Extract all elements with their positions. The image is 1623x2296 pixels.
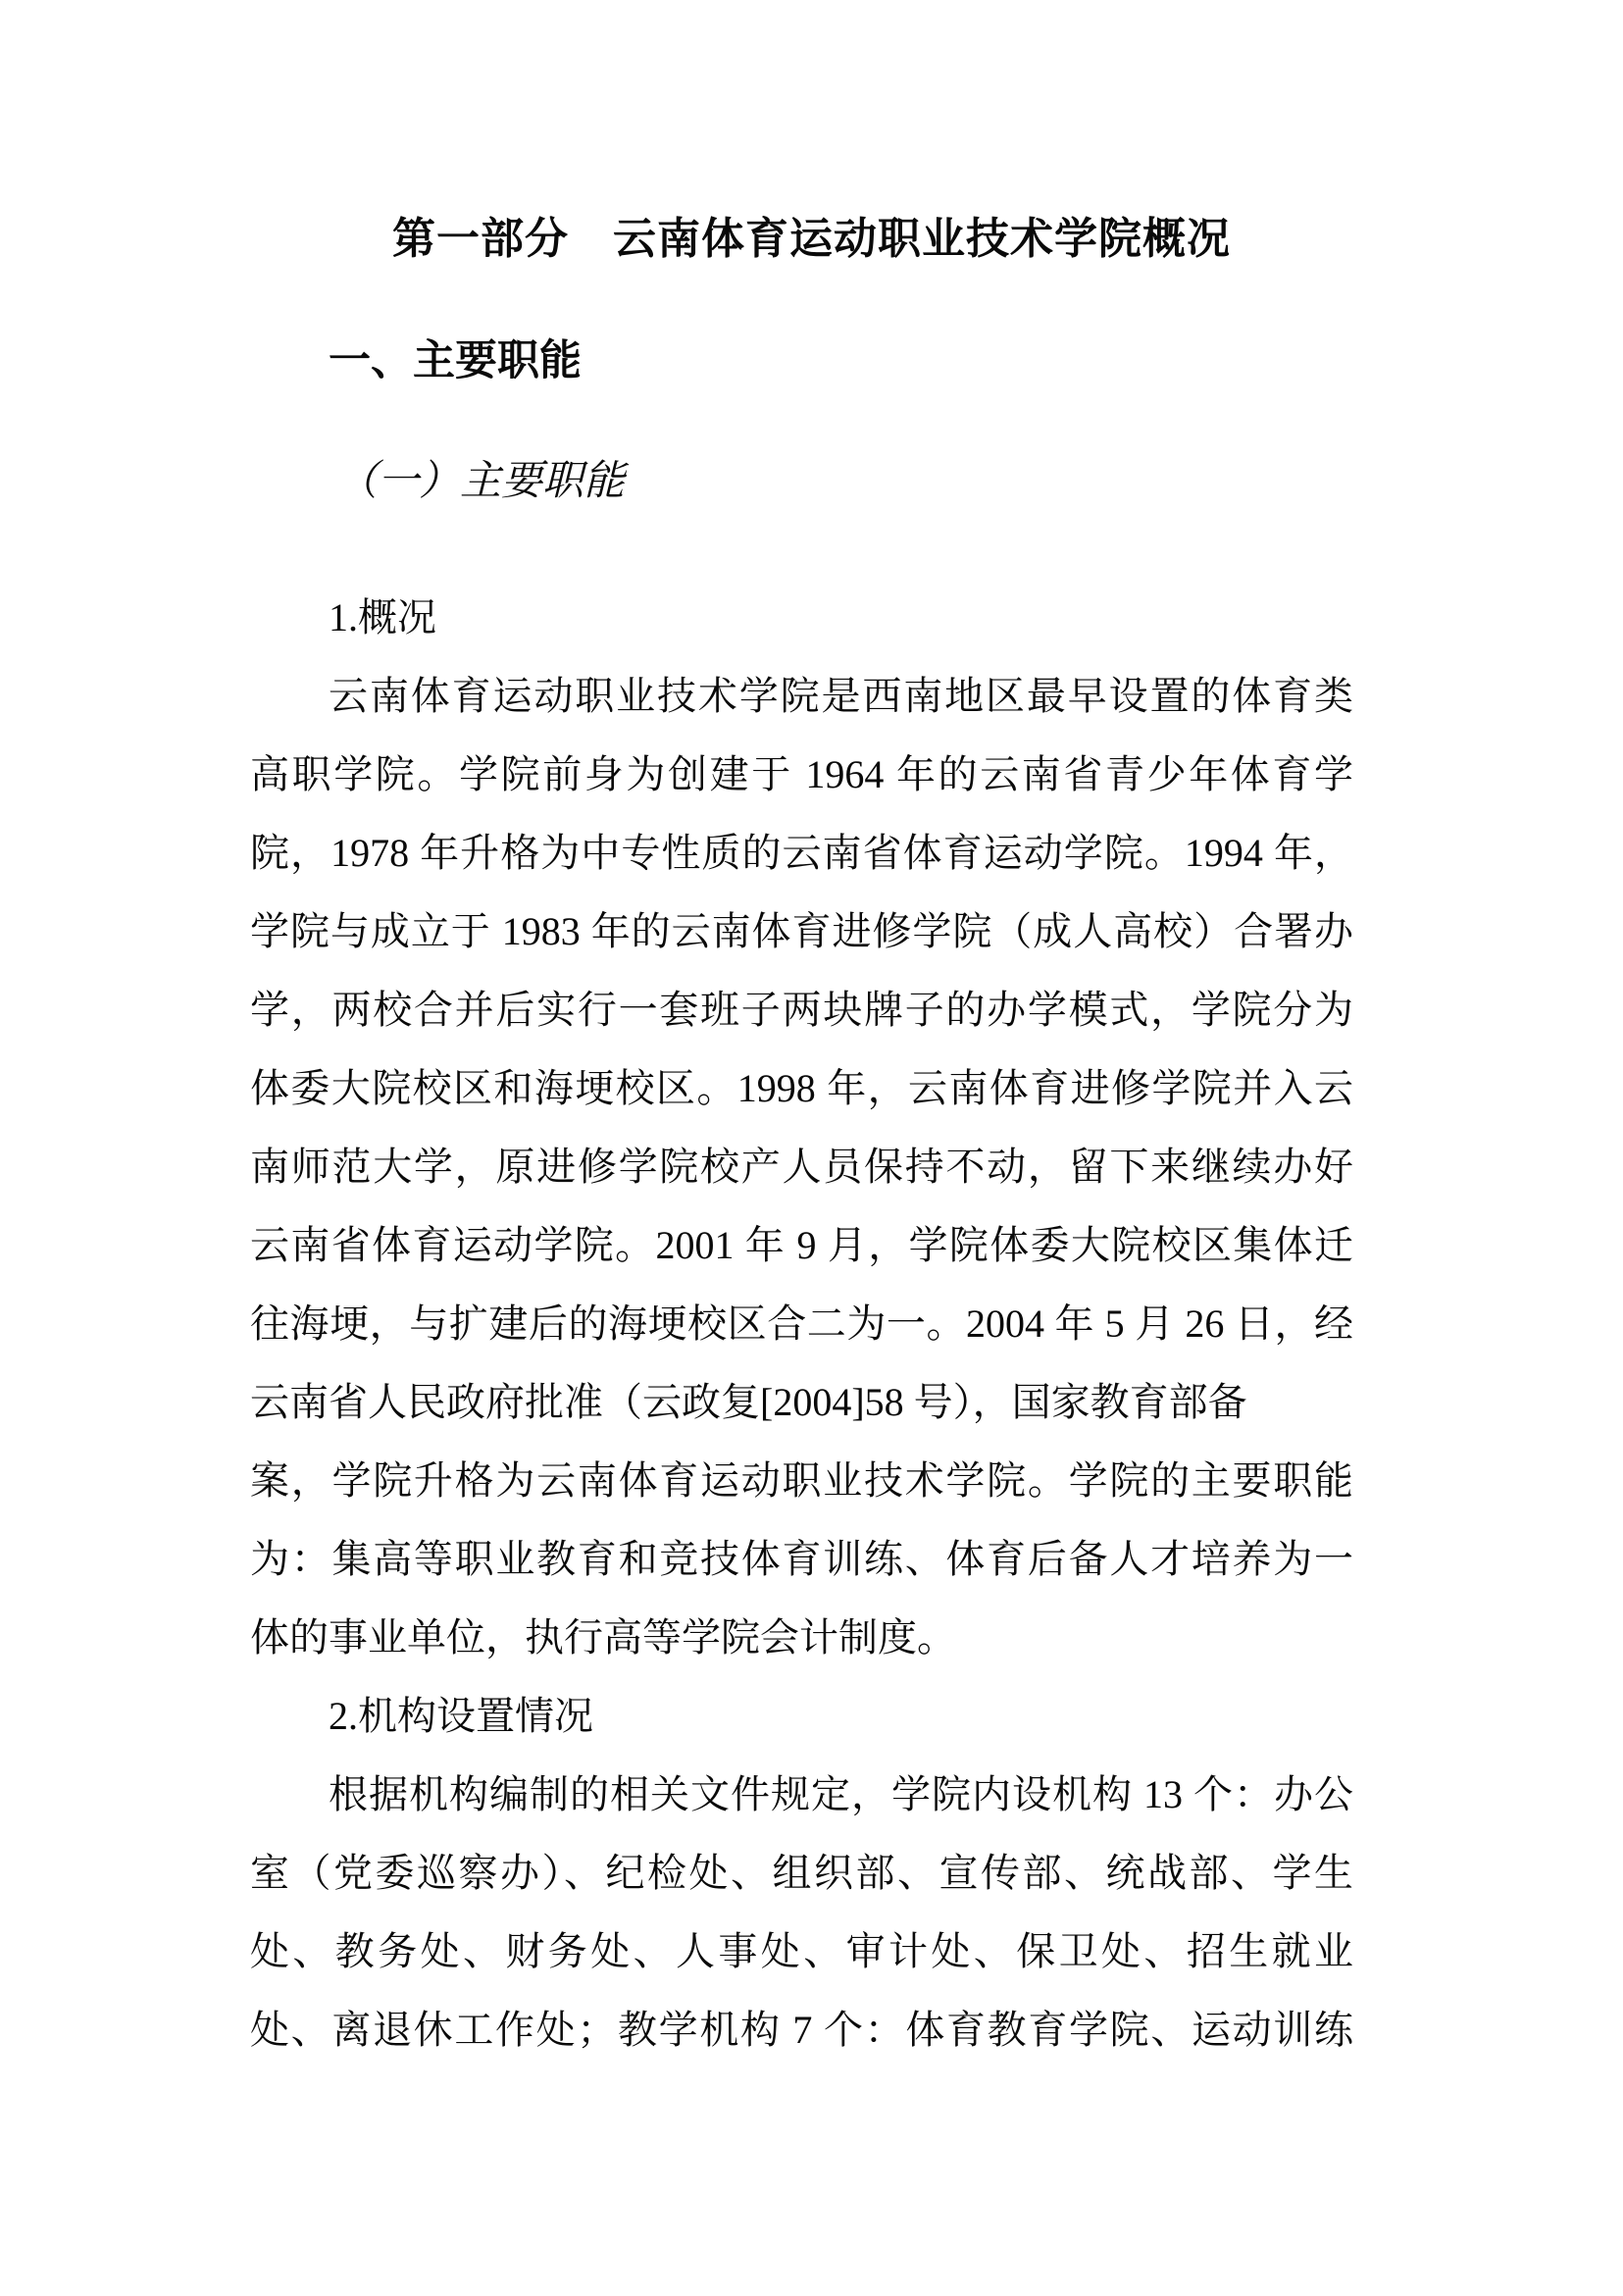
document-page: 第一部分 云南体育运动职业技术学院概况 一、主要职能 （一）主要职能 1.概况 … [0,0,1623,2296]
body-line: 为：集高等职业教育和竞技体育训练、体育后备人才培养为一 [250,1520,1353,1599]
body-line: 根据机构编制的相关文件规定，学院内设机构 13 个：办公 [250,1756,1353,1834]
body-line: 高职学院。学院前身为创建于 1964 年的云南省青少年体育学 [250,736,1353,814]
body-line: 云南体育运动职业技术学院是西南地区最早设置的体育类 [250,657,1353,736]
body-line: 云南省体育运动学院。2001 年 9 月，学院体委大院校区集体迁 [250,1206,1353,1285]
body-line-overview-label: 1.概况 [250,579,1353,657]
subsection-heading: （一）主要职能 [250,461,1353,502]
body-line: 南师范大学，原进修学院校产人员保持不动，留下来继续办好 [250,1128,1353,1206]
body-line: 云南省人民政府批准（云政复[2004]58 号），国家教育部备 [250,1363,1353,1442]
body-line: 体的事业单位，执行高等学院会计制度。 [250,1599,1353,1677]
section-heading: 一、主要职能 [250,340,1353,383]
body-line: 处、教务处、财务处、人事处、审计处、保卫处、招生就业 [250,1913,1353,1991]
body-line: 处、离退休工作处；教学机构 7 个：体育教育学院、运动训练 [250,1991,1353,2069]
body-line: 学，两校合并后实行一套班子两块牌子的办学模式，学院分为 [250,971,1353,1049]
body-line: 往海埂，与扩建后的海埂校区合二为一。2004 年 5 月 26 日，经 [250,1285,1353,1363]
body-line: 室（党委巡察办）、纪检处、组织部、宣传部、统战部、学生 [250,1834,1353,1913]
body-line-orgsetup-label: 2.机构设置情况 [250,1677,1353,1756]
body-text: 1.概况 云南体育运动职业技术学院是西南地区最早设置的体育类 高职学院。学院前身… [250,579,1353,2069]
body-line: 学院与成立于 1983 年的云南体育进修学院（成人高校）合署办 [250,893,1353,971]
body-line: 体委大院校区和海埂校区。1998 年，云南体育进修学院并入云 [250,1049,1353,1128]
body-line: 院，1978 年升格为中专性质的云南省体育运动学院。1994 年， [250,814,1353,893]
body-line: 案，学院升格为云南体育运动职业技术学院。学院的主要职能 [250,1442,1353,1520]
page-title: 第一部分 云南体育运动职业技术学院概况 [0,218,1623,261]
